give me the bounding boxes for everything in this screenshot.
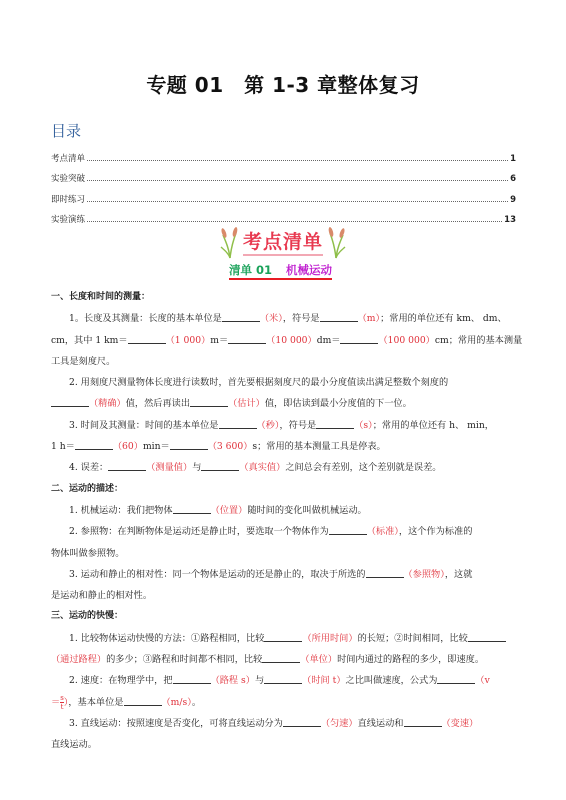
text: 4. 误差： (69, 462, 108, 473)
text: cm；常用的基本测量 (435, 335, 522, 346)
text: 2. 速度：在物理学中，把 (69, 675, 173, 686)
answer: （m/s） (162, 697, 192, 708)
fill-blank (222, 311, 260, 322)
answer: （秒） (257, 420, 280, 431)
answer: （位置） (211, 505, 248, 516)
text: ；常用的单位还有 h、 min， (373, 420, 494, 431)
fill-blank (173, 673, 211, 684)
text: 1. 比较物体运动快慢的方法：①路程相同，比较 (69, 633, 264, 644)
toc-item[interactable]: 即时练习 9 (51, 184, 516, 205)
text: 与 (192, 462, 201, 473)
section-heading: 三、运动的快慢： (51, 606, 516, 627)
fill-blank (340, 333, 378, 344)
answer: （s） (354, 420, 373, 431)
list-topic: 机械运动 (286, 263, 332, 277)
answer: （1 000） (166, 335, 211, 346)
text: 。 (192, 697, 201, 708)
answer: （变速） (442, 718, 479, 729)
text: 随时间的变化叫做机械运动。 (247, 505, 366, 516)
fill-blank (219, 418, 257, 429)
document-body: 一、长度和时间的测量： 1。长度及其测量：长度的基本单位是（米），符号是（m）；… (51, 287, 516, 756)
fill-blank (128, 333, 166, 344)
paragraph: 2. 速度：在物理学中，把（路程 s）与（时间 t）之比叫做速度，公式为（v (51, 670, 516, 691)
fill-blank (468, 631, 506, 642)
text: ，这个作为标准的 (399, 526, 473, 537)
paragraph: 1. 机械运动：我们把物体（位置）随时间的变化叫做机械运动。 (51, 500, 516, 521)
paragraph-cont: 直线运动。 (51, 734, 516, 755)
fill-blank (108, 460, 146, 471)
text: ，符号是 (279, 420, 316, 431)
toc-item-page: 9 (510, 195, 516, 205)
toc-item[interactable]: 实验演练 13 (51, 205, 516, 226)
list-subheading: 清单 01机械运动 (229, 263, 332, 280)
answer: （米） (260, 313, 283, 324)
paragraph-cont: （精确）值，然后再读出（估计）值，即估读到最小分度值的下一位。 (51, 393, 516, 414)
page-title: 专题 01 第 1-3 章整体复习 (0, 69, 566, 98)
text: 的长短；②时间相同，比较 (358, 633, 468, 644)
text: ，符号是 (283, 313, 320, 324)
toc-leader-dots (87, 160, 508, 161)
toc-item-label: 实验演练 (51, 213, 85, 225)
paragraph-cont: ＝st），基本单位是（m/s）。 (51, 692, 516, 713)
answer: （100 000） (378, 335, 434, 346)
fill-blank (190, 396, 228, 407)
fill-blank (320, 311, 358, 322)
paragraph: 2. 用刻度尺测量物体长度进行读数时，首先要根据刻度尺的最小分度值读出满足整数个… (51, 372, 516, 393)
paragraph-cont: 是运动和静止的相对性。 (51, 585, 516, 606)
text: dm＝ (317, 335, 341, 346)
fill-blank (201, 460, 239, 471)
text: 3. 运动和静止的相对性：同一个物体是运动的还是静止的，取决于所选的 (69, 569, 366, 580)
text: m＝ (210, 335, 228, 346)
toc-leader-dots (87, 201, 508, 202)
answer: （单位） (300, 654, 337, 665)
text: 时间内通过的路程的多少，即速度。 (337, 654, 484, 665)
text: 的多少；③路程和时间都不相同，比较 (106, 654, 262, 665)
text: ；常用的单位还有 km、 dm、 (380, 313, 507, 324)
paragraph-cont: 1 h＝（60）min＝（3 600）s；常用的基本测量工具是停表。 (51, 436, 516, 457)
toc-leader-dots (87, 180, 508, 181)
wheat-right-icon (326, 227, 346, 259)
answer: ＝ (51, 697, 60, 708)
toc-item-page: 13 (504, 215, 516, 225)
section-banner: 考点清单 (212, 225, 354, 261)
toc-item-page: 1 (510, 154, 516, 164)
wheat-left-icon (220, 227, 240, 259)
answer: （匀速） (321, 718, 358, 729)
section-heading: 二、运动的描述： (51, 479, 516, 500)
toc-item-label: 实验突破 (51, 172, 85, 184)
answer: （所用时间） (302, 633, 357, 644)
answer: （参照物） (404, 569, 445, 580)
text: s；常用的基本测量工具是停表。 (252, 441, 385, 452)
fill-blank (264, 673, 302, 684)
paragraph: 1。长度及其测量：长度的基本单位是（米），符号是（m）；常用的单位还有 km、 … (51, 308, 516, 329)
text: ，基本单位是 (68, 697, 123, 708)
text: 值，然后再读出 (126, 398, 190, 409)
text: 1。长度及其测量：长度的基本单位是 (69, 313, 222, 324)
fill-blank (228, 333, 266, 344)
answer: （通过路程） (51, 654, 106, 665)
answer: （3 600） (208, 441, 253, 452)
answer: （估计） (228, 398, 265, 409)
paragraph: 1. 比较物体运动快慢的方法：①路程相同，比较（所用时间）的长短；②时间相同，比… (51, 628, 516, 649)
answer: （标准） (367, 526, 399, 537)
toc-item-page: 6 (510, 174, 516, 184)
section-heading: 一、长度和时间的测量： (51, 287, 516, 308)
fill-blank (264, 631, 302, 642)
fill-blank (75, 439, 113, 450)
text: 2. 参照物：在判断物体是运动还是静止时，要选取一个物体作为 (69, 526, 329, 537)
toc-item-label: 考点清单 (51, 152, 85, 164)
toc-leader-dots (87, 221, 502, 222)
fill-blank (124, 695, 162, 706)
paragraph: 3. 时间及其测量：时间的基本单位是（秒），符号是（s）；常用的单位还有 h、 … (51, 415, 516, 436)
answer: （测量值） (146, 462, 192, 473)
paragraph: 3. 运动和静止的相对性：同一个物体是运动的还是静止的，取决于所选的（参照物），… (51, 564, 516, 585)
paragraph-cont: 物体叫做参照物。 (51, 543, 516, 564)
text: 1. 机械运动：我们把物体 (69, 505, 173, 516)
fill-blank (262, 652, 300, 663)
list-number: 清单 01 (229, 263, 272, 277)
table-of-contents: 考点清单 1 实验突破 6 即时练习 9 实验演练 13 (51, 143, 516, 225)
answer: （真实值） (239, 462, 285, 473)
fill-blank (366, 567, 404, 578)
text: ，这就 (445, 569, 473, 580)
paragraph-cont: （通过路程）的多少；③路程和时间都不相同，比较（单位）时间内通过的路程的多少，即… (51, 649, 516, 670)
fill-blank (329, 524, 367, 535)
text: 3. 时间及其测量：时间的基本单位是 (69, 420, 219, 431)
fill-blank (173, 503, 211, 514)
text: 1 h＝ (51, 441, 75, 452)
answer: （时间 t） (302, 675, 345, 686)
fill-blank (437, 673, 475, 684)
toc-item[interactable]: 实验突破 6 (51, 164, 516, 185)
toc-item[interactable]: 考点清单 1 (51, 143, 516, 164)
fill-blank (51, 396, 89, 407)
answer: （60） (113, 441, 143, 452)
banner-title: 考点清单 (243, 230, 323, 256)
text: 与 (255, 675, 264, 686)
paragraph-cont: 工具是刻度尺。 (51, 351, 516, 372)
text: 值，即估读到最小分度值的下一位。 (265, 398, 412, 409)
fill-blank (170, 439, 208, 450)
answer: （精确） (89, 398, 126, 409)
toc-heading: 目录 (51, 120, 81, 141)
paragraph: 2. 参照物：在判断物体是运动还是静止时，要选取一个物体作为（标准），这个作为标… (51, 521, 516, 542)
toc-item-label: 即时练习 (51, 193, 85, 205)
answer: （路程 s） (211, 675, 255, 686)
text: 之间总会有差别，这个差别就是误差。 (285, 462, 441, 473)
fill-blank (316, 418, 354, 429)
answer: （v (475, 675, 489, 686)
answer: （m） (358, 313, 381, 324)
document-page: 专题 01 第 1-3 章整体复习 目录 考点清单 1 实验突破 6 即时练习 … (0, 0, 566, 800)
paragraph: 4. 误差：（测量值）与（真实值）之间总会有差别，这个差别就是误差。 (51, 457, 516, 478)
text: cm，其中 1 km＝ (51, 335, 128, 346)
fill-blank (283, 716, 321, 727)
text: min＝ (143, 441, 170, 452)
text: 之比叫做速度，公式为 (346, 675, 438, 686)
text: 直线运动和 (358, 718, 404, 729)
answer: （10 000） (266, 335, 317, 346)
text: 3. 直线运动：按照速度是否变化，可将直线运动分为 (69, 718, 283, 729)
paragraph-cont: cm，其中 1 km＝（1 000）m＝（10 000）dm＝（100 000）… (51, 330, 516, 351)
fill-blank (404, 716, 442, 727)
paragraph: 3. 直线运动：按照速度是否变化，可将直线运动分为（匀速）直线运动和（变速） (51, 713, 516, 734)
